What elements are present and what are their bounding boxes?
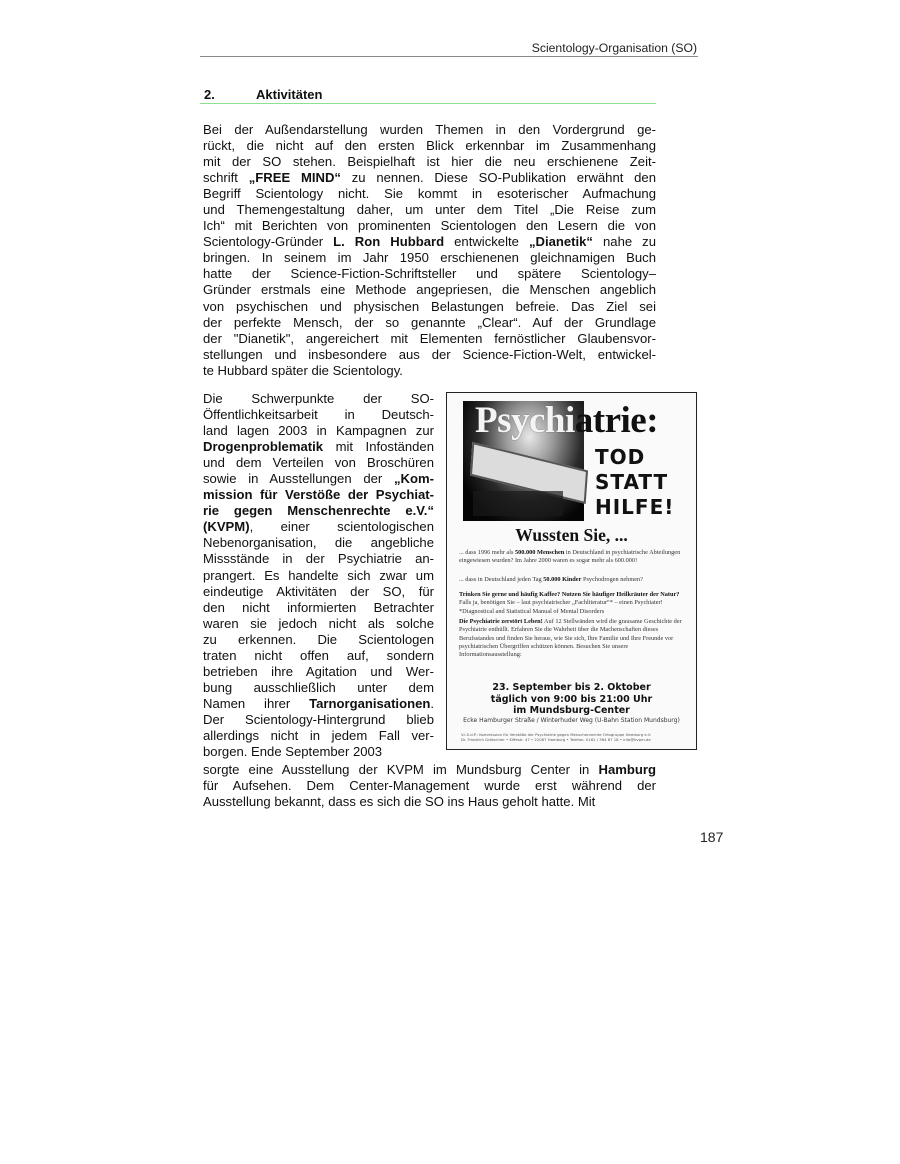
bold-text: Drogenproblematik bbox=[203, 439, 323, 454]
text-run: und Themengestaltung daher, um unter dem… bbox=[203, 202, 656, 217]
text-line: allerdings nicht in jedem Fall ver- bbox=[203, 728, 434, 744]
section-rule bbox=[200, 103, 656, 104]
text-line: Missstände in der Psychiatrie an- bbox=[203, 551, 434, 567]
text-line: prangert. Es handelte sich zwar um bbox=[203, 568, 434, 584]
flyer-fact-1: ... dass 1996 mehr als 500.000 Menschen … bbox=[459, 549, 689, 566]
text-run: rückt, die nicht auf den ersten Blick er… bbox=[203, 138, 656, 153]
text-line: rückt, die nicht auf den ersten Blick er… bbox=[203, 138, 656, 154]
text-run: eindeutige Aktivitäten der SO, für bbox=[203, 584, 434, 599]
text-line: sowie in Ausstellungen der „Kom- bbox=[203, 471, 434, 487]
text-run: zu erkennen. Die Scientologen bbox=[203, 632, 434, 647]
bold-text: mission für Verstöße der Psychiat- bbox=[203, 487, 434, 502]
text-run: der perfekte Mensch, der so genannte „Cl… bbox=[203, 315, 656, 330]
bold-text: 50.000 Kinder bbox=[543, 576, 581, 583]
section-title: Aktivitäten bbox=[256, 87, 322, 102]
text-line: Bei der Außendarstellung wurden Themen i… bbox=[203, 122, 656, 138]
text-line: land lagen 2003 in Kampagnen zur bbox=[203, 423, 434, 439]
text-run: land lagen 2003 in Kampagnen zur bbox=[203, 423, 434, 438]
section-heading: 2.Aktivitäten bbox=[204, 87, 322, 102]
text-run: und dem Verteilen von Broschüren bbox=[203, 455, 434, 470]
text-run: für Aufsehen. Dem Center-Management wurd… bbox=[203, 778, 656, 793]
flyer-fact-4: Die Psychiatrie zerstört Leben! Auf 12 S… bbox=[459, 618, 689, 659]
flyer-fact-2: ... dass in Deutschland jeden Tag 50.000… bbox=[459, 576, 689, 584]
text-line: (KVPM), einer scientologischen bbox=[203, 519, 434, 535]
text-run: . bbox=[430, 696, 434, 711]
text-line: der perfekte Mensch, der so genannte „Cl… bbox=[203, 315, 656, 331]
text-run: bringen. In seinem im Jahr 1950 erschien… bbox=[203, 250, 656, 265]
slogan-line: TOD bbox=[595, 445, 674, 470]
flyer-title: Psychiatrie: bbox=[475, 399, 658, 442]
bold-text: „Kom- bbox=[394, 471, 434, 486]
bold-text: rie gegen Menschenrechte e.V.“ bbox=[203, 503, 434, 518]
date-line: im Mundsburg-Center bbox=[447, 705, 696, 717]
flyer-title-black: atrie: bbox=[575, 400, 658, 441]
text-run: zu nennen. Diese SO-Publikation erwähnt … bbox=[341, 170, 656, 185]
section-number: 2. bbox=[204, 87, 256, 102]
slogan-line: HILFE! bbox=[595, 495, 674, 520]
text-run: von psychischen und physischen Belastung… bbox=[203, 299, 656, 314]
imprint-line: Dr. Friedrich Grötschler • Eiffestr. 47 … bbox=[461, 737, 687, 742]
text-run: sowie in Ausstellungen der bbox=[203, 471, 394, 486]
text-line: te Hubbard später die Scientology. bbox=[203, 363, 656, 379]
bold-text: Trinken Sie gerne und häufig Kaffee? Nut… bbox=[459, 591, 679, 598]
bold-text: (KVPM) bbox=[203, 519, 250, 534]
text-run: bung ausschließlich unter dem bbox=[203, 680, 434, 695]
text-line: eindeutige Aktivitäten der SO, für bbox=[203, 584, 434, 600]
text-line: schrift „FREE MIND“ zu nennen. Diese SO-… bbox=[203, 170, 656, 186]
date-line: täglich von 9:00 bis 21:00 Uhr bbox=[447, 694, 696, 706]
bold-text: L. Ron Hubbard bbox=[333, 234, 444, 249]
text-run: ... dass in Deutschland jeden Tag bbox=[459, 576, 543, 583]
text-line: rie gegen Menschenrechte e.V.“ bbox=[203, 503, 434, 519]
flyer-slogan: TOD STATT HILFE! bbox=[595, 445, 674, 520]
text-line: Scientology-Gründer L. Ron Hubbard entwi… bbox=[203, 234, 656, 250]
text-line: stellungen und insbesondere aus der Scie… bbox=[203, 347, 656, 363]
bold-text: Hamburg bbox=[599, 762, 656, 777]
text-run: Der Scientology-Hintergrund blieb bbox=[203, 712, 434, 727]
paragraph-1: Bei der Außendarstellung wurden Themen i… bbox=[203, 122, 656, 379]
text-run: Öffentlichkeitsarbeit in Deutsch- bbox=[203, 407, 434, 422]
text-line: waren sie jedoch nicht als solche bbox=[203, 616, 434, 632]
text-line: und Themengestaltung daher, um unter dem… bbox=[203, 202, 656, 218]
bold-text: Tarnorganisationen bbox=[309, 696, 430, 711]
text-run: borgen. Ende September 2003 bbox=[203, 744, 382, 759]
header-rule bbox=[200, 56, 698, 57]
page-number: 187 bbox=[700, 829, 723, 845]
text-line: und dem Verteilen von Broschüren bbox=[203, 455, 434, 471]
text-line: Namen ihrer Tarnorganisationen. bbox=[203, 696, 434, 712]
text-line: zu erkennen. Die Scientologen bbox=[203, 632, 434, 648]
text-run: Ausstellung bekannt, dass es sich die SO… bbox=[203, 794, 595, 809]
text-run: Missstände in der Psychiatrie an- bbox=[203, 551, 434, 566]
text-line: Nebenorganisation, die angebliche bbox=[203, 535, 434, 551]
bold-text: „FREE MIND“ bbox=[249, 170, 341, 185]
flyer-address: Ecke Hamburger Straße / Winterhuder Weg … bbox=[447, 717, 696, 724]
slogan-line: STATT bbox=[595, 470, 674, 495]
text-run: ... dass 1996 mehr als bbox=[459, 549, 515, 556]
text-line: Drogenproblematik mit Infoständen bbox=[203, 439, 434, 455]
text-run: mit Infoständen bbox=[323, 439, 434, 454]
text-run: traten nicht offen auf, sondern bbox=[203, 648, 434, 663]
shadow-shape bbox=[473, 491, 563, 516]
bold-text: 500.000 Menschen bbox=[515, 549, 564, 556]
text-line: hatte der Science-Fiction-Schriftsteller… bbox=[203, 266, 656, 282]
flyer-title-white: Psychi bbox=[475, 400, 575, 441]
text-run: Bei der Außendarstellung wurden Themen i… bbox=[203, 122, 656, 137]
text-line: den nicht informierten Betrachter bbox=[203, 600, 434, 616]
text-run: der "Dianetik", angereichert mit Element… bbox=[203, 331, 656, 346]
text-run: Ich“ mit Berichten von prominenten Scien… bbox=[203, 218, 656, 233]
flyer-question: Wussten Sie, ... bbox=[447, 525, 696, 546]
paragraph-2: Die Schwerpunkte der SO-Öffentlichkeitsa… bbox=[203, 391, 434, 760]
text-line: borgen. Ende September 2003 bbox=[203, 744, 434, 760]
text-run: den nicht informierten Betrachter bbox=[203, 600, 434, 615]
text-run: prangert. Es handelte sich zwar um bbox=[203, 568, 434, 583]
text-line: von psychischen und physischen Belastung… bbox=[203, 299, 656, 315]
text-line: bung ausschließlich unter dem bbox=[203, 680, 434, 696]
text-line: bringen. In seinem im Jahr 1950 erschien… bbox=[203, 250, 656, 266]
bold-text: „Dianetik“ bbox=[529, 234, 593, 249]
text-line: Ausstellung bekannt, dass es sich die SO… bbox=[203, 794, 656, 810]
text-run: betrieben ihre Agitation und Wer- bbox=[203, 664, 434, 679]
date-line: 23. September bis 2. Oktober bbox=[447, 682, 696, 694]
text-line: für Aufsehen. Dem Center-Management wurd… bbox=[203, 778, 656, 794]
text-line: Begriff Scientology nicht. Sie kommt in … bbox=[203, 186, 656, 202]
text-run: sorgte eine Ausstellung der KVPM im Mund… bbox=[203, 762, 599, 777]
text-run: mit der SO stehen. Beispielhaft ist hier… bbox=[203, 154, 656, 169]
text-line: der "Dianetik", angereichert mit Element… bbox=[203, 331, 656, 347]
flyer-dates: 23. September bis 2. Oktober täglich von… bbox=[447, 682, 696, 717]
text-line: mission für Verstöße der Psychiat- bbox=[203, 487, 434, 503]
text-run: allerdings nicht in jedem Fall ver- bbox=[203, 728, 434, 743]
text-run: Begriff Scientology nicht. Sie kommt in … bbox=[203, 186, 656, 201]
flyer-fact-3: Trinken Sie gerne und häufig Kaffee? Nut… bbox=[459, 591, 689, 616]
text-line: mit der SO stehen. Beispielhaft ist hier… bbox=[203, 154, 656, 170]
bold-text: Die Psychiatrie zerstört Leben! bbox=[459, 618, 543, 625]
text-run: Nebenorganisation, die angebliche bbox=[203, 535, 434, 550]
text-run: , einer scientologischen bbox=[250, 519, 434, 534]
text-line: Öffentlichkeitsarbeit in Deutsch- bbox=[203, 407, 434, 423]
text-line: Gründer erstmals eine Methode angepriese… bbox=[203, 282, 656, 298]
text-run: nahe zu bbox=[593, 234, 656, 249]
text-run: entwickelte bbox=[444, 234, 529, 249]
flyer-image: Psychiatrie: TOD STATT HILFE! Wussten Si… bbox=[446, 392, 697, 750]
text-line: Ich“ mit Berichten von prominenten Scien… bbox=[203, 218, 656, 234]
text-run: schrift bbox=[203, 170, 249, 185]
text-run: Scientology-Gründer bbox=[203, 234, 333, 249]
paragraph-3: sorgte eine Ausstellung der KVPM im Mund… bbox=[203, 762, 656, 810]
text-run: stellungen und insbesondere aus der Scie… bbox=[203, 347, 656, 362]
running-head: Scientology-Organisation (SO) bbox=[200, 41, 697, 55]
text-line: betrieben ihre Agitation und Wer- bbox=[203, 664, 434, 680]
text-run: Psychodrogen nehmen? bbox=[581, 576, 643, 583]
text-line: traten nicht offen auf, sondern bbox=[203, 648, 434, 664]
text-run: waren sie jedoch nicht als solche bbox=[203, 616, 434, 631]
flyer-imprint: V.i.S.d.P.: Kommission für Verstöße der … bbox=[461, 732, 687, 742]
text-run: Falls ja, benötigen Sie – laut psychiatr… bbox=[459, 599, 663, 614]
text-run: te Hubbard später die Scientology. bbox=[203, 363, 403, 378]
text-line: sorgte eine Ausstellung der KVPM im Mund… bbox=[203, 762, 656, 778]
text-line: Der Scientology-Hintergrund blieb bbox=[203, 712, 434, 728]
text-run: Die Schwerpunkte der SO- bbox=[203, 391, 434, 406]
text-line: Die Schwerpunkte der SO- bbox=[203, 391, 434, 407]
text-run: hatte der Science-Fiction-Schriftsteller… bbox=[203, 266, 656, 281]
text-run: Namen ihrer bbox=[203, 696, 309, 711]
text-run: Gründer erstmals eine Methode angepriese… bbox=[203, 282, 656, 297]
